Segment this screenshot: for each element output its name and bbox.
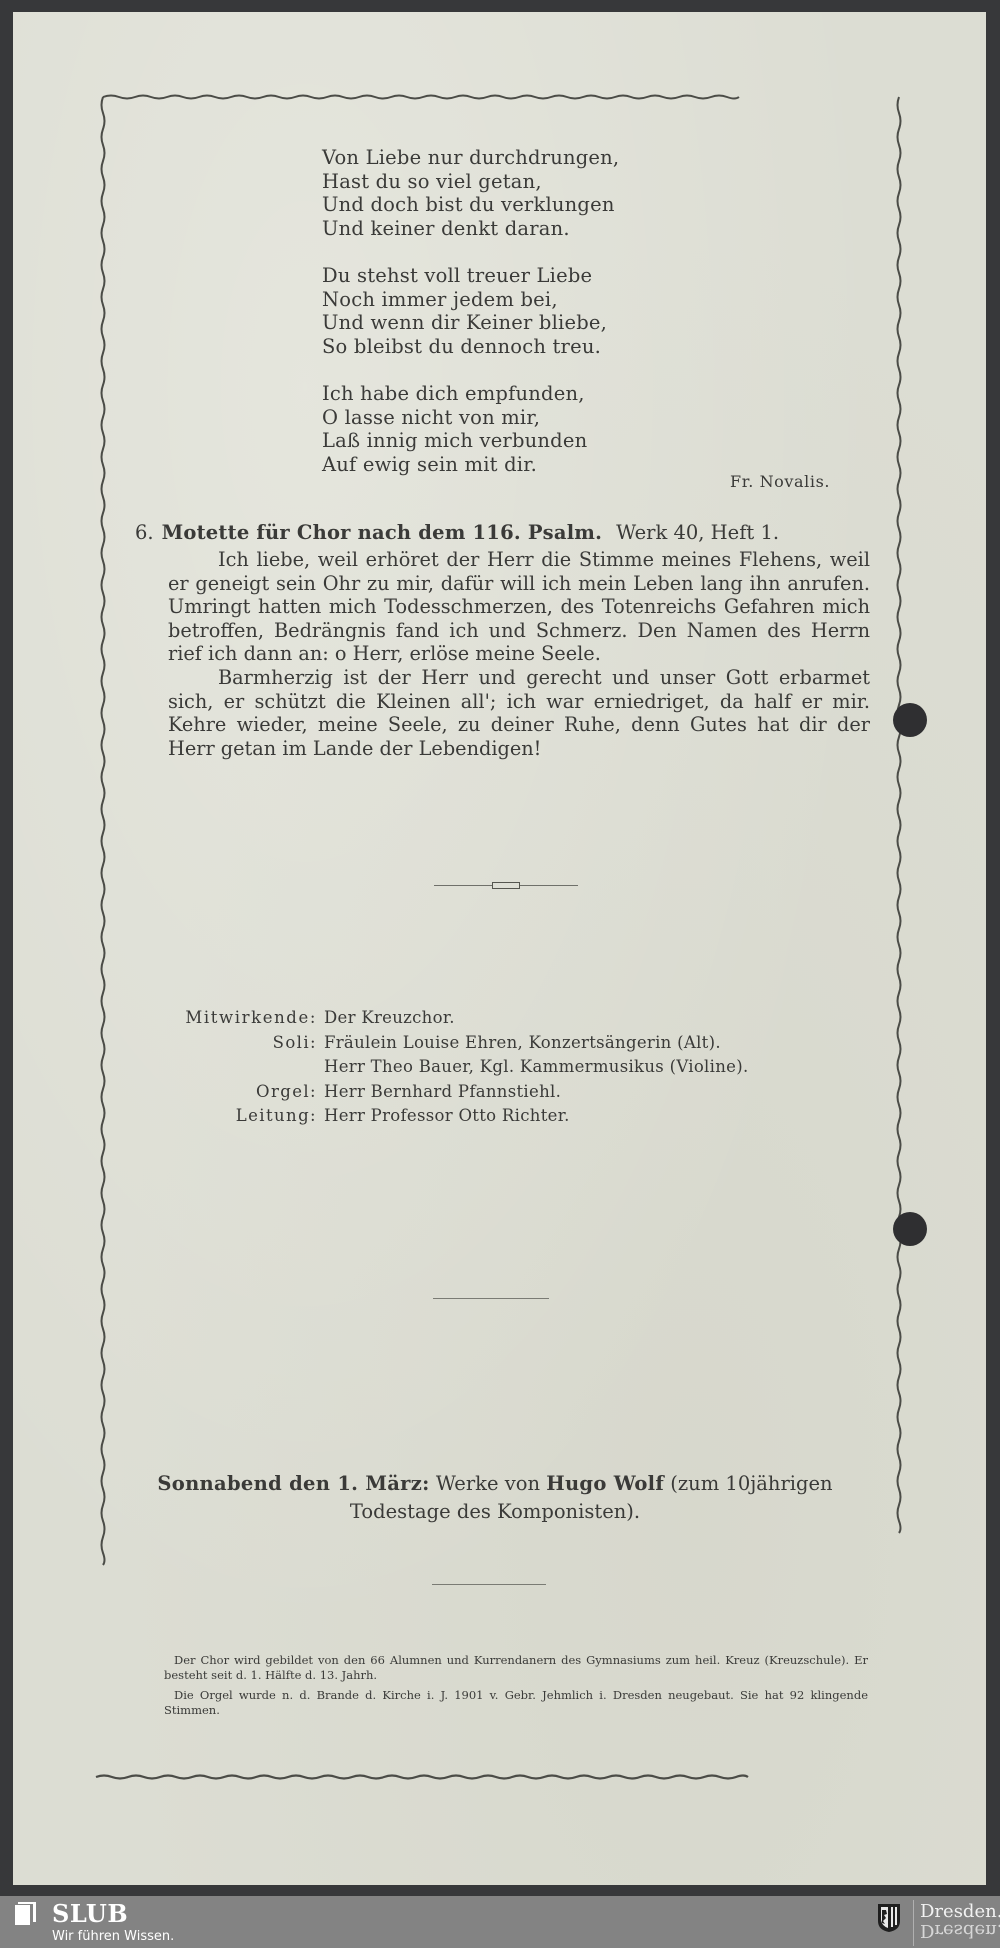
announcement-composer: Hugo Wolf	[546, 1472, 664, 1495]
performers-list: Mitwirkende: Der Kreuzchor. Soli: Fräule…	[180, 1006, 749, 1129]
performer-row: Leitung: Herr Professor Otto Richter.	[180, 1104, 749, 1129]
poem: Von Liebe nur durchdrungen, Hast du so v…	[322, 146, 619, 500]
poem-line: Und wenn dir Keiner bliebe,	[322, 311, 619, 335]
poem-stanza-3: Ich habe dich empfunden, O lasse nicht v…	[322, 382, 619, 476]
performer-name: Fräulein Louise Ehren, Konzertsängerin (…	[324, 1031, 721, 1056]
performer-role: Orgel:	[180, 1080, 324, 1105]
poem-stanza-1: Von Liebe nur durchdrungen, Hast du so v…	[322, 146, 619, 240]
announcement-works-prefix: Werke von	[436, 1472, 540, 1495]
dresden-coat-of-arms-icon[interactable]	[877, 1903, 901, 1933]
poem-line: Auf ewig sein mit dir.	[322, 453, 619, 477]
performer-name: Der Kreuzchor.	[324, 1006, 455, 1031]
section-divider	[432, 1584, 546, 1585]
footnotes: Der Chor wird gebildet von den 66 Alumne…	[164, 1653, 868, 1722]
poem-line: Noch immer jedem bei,	[322, 288, 619, 312]
announcement-date: Sonnabend den 1. März:	[157, 1472, 429, 1495]
performer-row: Herr Theo Bauer, Kgl. Kammermusikus (Vio…	[180, 1055, 749, 1080]
next-concert-announcement: Sonnabend den 1. März: Werke von Hugo Wo…	[110, 1470, 880, 1526]
performer-role: Mitwirkende:	[180, 1006, 324, 1031]
program-item-heading: 6.Motette für Chor nach dem 116. Psalm.W…	[135, 520, 870, 546]
section-divider	[433, 1298, 549, 1299]
motet-text: Ich liebe, weil erhöret der Herr die Sti…	[168, 548, 870, 760]
performer-name: Herr Bernhard Pfannstiehl.	[324, 1080, 561, 1105]
performer-name: Herr Theo Bauer, Kgl. Kammermusikus (Vio…	[324, 1055, 749, 1080]
dresden-wordmark[interactable]: Dresden.	[920, 1903, 1000, 1921]
poem-stanza-2: Du stehst voll treuer Liebe Noch immer j…	[322, 264, 619, 358]
footnote-choir: Der Chor wird gebildet von den 66 Alumne…	[164, 1653, 868, 1684]
poem-line: Hast du so viel getan,	[322, 170, 619, 194]
slub-logo-text[interactable]: SLUB	[52, 1899, 128, 1928]
motet-paragraph: Ich liebe, weil erhöret der Herr die Sti…	[168, 548, 870, 666]
poem-line: Ich habe dich empfunden,	[322, 382, 619, 406]
poem-line: Du stehst voll treuer Liebe	[322, 264, 619, 288]
performer-row: Mitwirkende: Der Kreuzchor.	[180, 1006, 749, 1031]
poem-line: O lasse nicht von mir,	[322, 406, 619, 430]
poem-line: Laß innig mich verbunden	[322, 429, 619, 453]
program-item-opus: Werk 40, Heft 1.	[616, 521, 779, 544]
performer-role: Leitung:	[180, 1104, 324, 1129]
poem-line: Und doch bist du verklungen	[322, 193, 619, 217]
footnote-organ: Die Orgel wurde n. d. Brande d. Kirche i…	[164, 1688, 868, 1719]
divider-rule-right	[520, 885, 578, 886]
ornamental-divider	[434, 880, 578, 890]
program-item-title: Motette für Chor nach dem 116. Psalm.	[162, 521, 603, 544]
program-item-number: 6.	[135, 521, 154, 544]
performer-row: Orgel: Herr Bernhard Pfannstiehl.	[180, 1080, 749, 1105]
poem-line: Von Liebe nur durchdrungen,	[322, 146, 619, 170]
footer-divider	[913, 1900, 914, 1946]
slub-book-icon[interactable]	[14, 1901, 39, 1926]
performer-role: Soli:	[180, 1031, 324, 1056]
poem-line: Und keiner denkt daran.	[322, 217, 619, 241]
slub-tagline: Wir führen Wissen.	[52, 1929, 174, 1944]
motet-paragraph: Barmherzig ist der Herr und gerecht und …	[168, 666, 870, 760]
poem-author: Fr. Novalis.	[730, 472, 830, 491]
performer-role	[180, 1055, 324, 1080]
performer-name: Herr Professor Otto Richter.	[324, 1104, 570, 1129]
divider-ornament-box	[492, 882, 520, 889]
divider-rule-left	[434, 885, 492, 886]
punch-hole-upper	[893, 703, 927, 737]
punch-hole-lower	[893, 1212, 927, 1246]
dresden-wordmark-reflection: Dresden.	[920, 1921, 1000, 1939]
poem-line: So bleibst du dennoch treu.	[322, 335, 619, 359]
performer-row: Soli: Fräulein Louise Ehren, Konzertsäng…	[180, 1031, 749, 1056]
program-item-6: 6.Motette für Chor nach dem 116. Psalm.W…	[135, 520, 870, 760]
